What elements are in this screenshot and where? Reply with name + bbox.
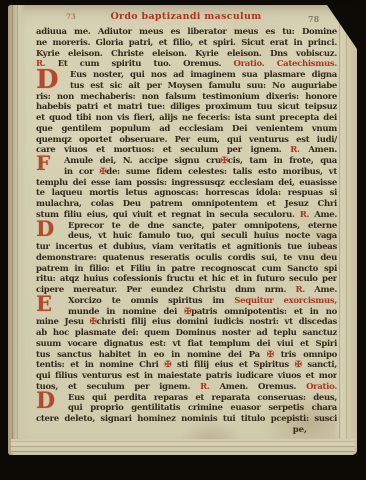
text-segment: ritu: atqz huius cofessionis fructu et h… xyxy=(36,274,337,284)
text-line: et quod tibi non vis fieri, alijs ne fec… xyxy=(36,113,337,124)
rubric-text-segment: R. xyxy=(295,285,304,295)
text-segment: Amen. xyxy=(300,145,337,155)
text-line: quemqz oportet obseruare. Per eum, qui v… xyxy=(36,135,337,146)
text-line: suum vocare dignatus est: vt fiat templu… xyxy=(36,339,337,350)
rubric-text-segment: Oratio. xyxy=(306,382,337,392)
rubric-text-segment: Sequitur exorcismus, xyxy=(234,296,337,306)
text-segment: et quod tibi non vis fieri, alijs ne fec… xyxy=(36,113,337,123)
drop-cap-initial: D xyxy=(36,67,59,93)
text-line: Eus noster, qui nos ad imaginem sua plas… xyxy=(36,70,337,81)
text-line: mulachra, colas Deu patrem omnipotentem … xyxy=(36,199,337,210)
folio-number: 78 xyxy=(308,14,319,24)
text-line: Eus qui perdita reparas et reparata cons… xyxy=(36,393,337,404)
text-line: adiuua me. Adiutor meus es liberator meu… xyxy=(36,27,337,38)
text-segment: tur incertus et dubius, viam veritatis e… xyxy=(36,242,337,252)
text-block: pe, adiuua me. Adiutor meus es liberator… xyxy=(36,27,337,441)
text-line: habebis patri et matri tue: diliges prox… xyxy=(36,102,337,113)
rubric-text-segment: ✠ xyxy=(221,156,228,166)
text-segment: cipere mereatur. Per eundez Christu dnm … xyxy=(36,285,295,295)
text-line: ab hoc plasmate dei: quem Dominus noster… xyxy=(36,328,337,339)
text-segment: stum filiu eius, qui viuit et regnat in … xyxy=(36,210,300,220)
text-line: tur incertus et dubius, viam veritatis e… xyxy=(36,242,337,253)
rubric-text-segment: Oratio. Catechismus. xyxy=(234,59,338,69)
text-segment: ctere deleto, signari hominez nominis tu… xyxy=(36,414,337,424)
text-line: templu dei esse iam possis: ingressusqz … xyxy=(36,178,337,189)
text-segment: quemqz oportet obseruare. Per eum, qui v… xyxy=(36,135,337,145)
text-segment: christi filij eius domini iudicis nostri… xyxy=(96,317,337,327)
text-segment: sancti, xyxy=(302,360,337,370)
text-line: ne moreris. Gloria patri, et filio, et s… xyxy=(36,38,337,49)
text-segment: demonstrare: quatenus reseratis oculis c… xyxy=(36,253,337,263)
text-line: demonstrare: quatenus reseratis oculis c… xyxy=(36,253,337,264)
text-line: patrem in filio: et Filiu in patre recog… xyxy=(36,264,337,275)
text-line: R. Et cum spiritu tuo. Oremus. Oratio. C… xyxy=(36,59,337,70)
text-line: munde in nomine dei ✠patris omnipotentis… xyxy=(36,307,337,318)
rubric-text-segment: R. xyxy=(300,210,309,220)
text-line: ctere deleto, signari hominez nominis tu… xyxy=(36,414,337,425)
text-segment: Ame. xyxy=(305,285,337,295)
text-segment: Eus qui perdita reparas et reparata cons… xyxy=(68,393,337,403)
text-segment: in cor xyxy=(64,167,99,177)
text-segment: Ame. xyxy=(309,210,337,220)
text-line: que gentilem populum ad ecclesiam Dei ve… xyxy=(36,124,337,135)
text-segment: mine Jesu xyxy=(36,317,90,327)
catchword: pe, xyxy=(293,425,307,435)
drop-cap-initial: D xyxy=(36,390,55,412)
text-segment: tus est sic ait per Moysen famulu suu: N… xyxy=(70,81,337,91)
rubric-text-segment: R. xyxy=(200,382,209,392)
text-segment: care viuos et mortuos: et seculum per ig… xyxy=(36,145,290,155)
text-segment: que gentilem populum ad ecclesiam Dei ve… xyxy=(36,124,337,134)
text-segment: habebis patri et matri tue: diliges prox… xyxy=(36,102,337,112)
text-line: Eprecor te de dne sancte, pater omnipote… xyxy=(36,221,337,232)
text-line: Xorcizo te omnis spiritus im Sequitur ex… xyxy=(36,296,337,307)
text-segment: munde in nomine dei xyxy=(68,307,184,317)
text-segment: Kyrie eleison. Christe eleison. Kyrie el… xyxy=(36,49,337,59)
text-line: qui filius venturus est in maiestate pat… xyxy=(36,371,337,382)
text-segment: tuos, et seculum per ignem. xyxy=(36,382,200,392)
text-segment: qui filius venturus est in maiestate pat… xyxy=(36,371,337,381)
text-line: ris: non mechaberis: non falsum testimon… xyxy=(36,92,337,103)
running-head-title: Ordo baptizandi masculum xyxy=(36,11,336,22)
text-segment: Eprecor te de dne sancte, pater omnipote… xyxy=(68,221,337,231)
text-segment: tus sanctus habitet in eo in nomine dei … xyxy=(36,350,267,360)
text-line: Amule dei, N. accipe signu cru✠cis, tam … xyxy=(36,156,337,167)
text-segment: adiuua me. Adiutor meus es liberator meu… xyxy=(36,27,337,37)
text-segment: suum vocare dignatus est: vt fiat templu… xyxy=(36,339,337,349)
rubric-text-segment: R. xyxy=(290,145,299,155)
book-page: 73 Ordo baptizandi masculum 78 pe, adiuu… xyxy=(8,5,357,455)
text-line: stum filiu eius, qui viuit et regnat in … xyxy=(36,210,337,221)
text-line: qui proprio gentilitatis crimine euasor … xyxy=(36,403,337,414)
text-segment: tentis: et in nomine Chri xyxy=(36,360,164,370)
text-segment: sti filij eius et Spiritus xyxy=(171,360,294,370)
text-segment: Amule dei, N. accipe signu cru xyxy=(64,156,221,166)
text-line: tentis: et in nomine Chri ✠ sti filij ei… xyxy=(36,360,337,371)
text-segment: patris omnipotentis: et in no xyxy=(191,307,337,317)
text-line: te laqueu mortis letus agnoscas: horresc… xyxy=(36,188,337,199)
text-line: tuos, et seculum per ignem. R. Amen. Ore… xyxy=(36,382,337,393)
text-segment: Xorcizo te omnis spiritus im xyxy=(68,296,234,306)
text-segment: de: sume fidem celestes: talis esto mori… xyxy=(106,167,337,177)
text-line: tus sanctus habitet in eo in nomine dei … xyxy=(36,350,337,361)
gutter-shadow xyxy=(8,5,26,455)
text-segment: deus, vt huic famulo tuo, qui seculi hui… xyxy=(68,231,337,241)
text-segment: qui proprio gentilitatis crimine euasor … xyxy=(68,403,337,413)
text-segment: patrem in filio: et Filiu in patre recog… xyxy=(36,264,337,274)
text-line: cipere mereatur. Per eundez Christu dnm … xyxy=(36,285,337,296)
text-line: ritu: atqz huius cofessionis fructu et h… xyxy=(36,274,337,285)
text-segment: Et cum spiritu tuo. Oremus. xyxy=(58,59,234,69)
text-segment: ne moreris. Gloria patri, et filio, et s… xyxy=(36,38,337,48)
text-segment: Eus noster, qui nos ad imaginem sua plas… xyxy=(70,70,337,80)
drop-cap-initial: F xyxy=(36,153,50,173)
rubric-text-segment: ✠ xyxy=(295,360,302,370)
text-segment: mulachra, colas Deu patrem omnipotentem … xyxy=(36,199,337,209)
underlying-page-edges xyxy=(11,439,355,455)
text-segment: Amen. Oremus. xyxy=(210,382,307,392)
drop-cap-initial: E xyxy=(36,293,52,314)
text-line: care viuos et mortuos: et seculum per ig… xyxy=(36,145,337,156)
text-line: deus, vt huic famulo tuo, qui seculi hui… xyxy=(36,231,337,242)
scanned-book-photo: 73 Ordo baptizandi masculum 78 pe, adiuu… xyxy=(0,0,366,480)
rubric-text-segment: ✠ xyxy=(267,350,274,360)
text-line: Kyrie eleison. Christe eleison. Kyrie el… xyxy=(36,49,337,60)
text-line: mine Jesu ✠christi filij eius domini iud… xyxy=(36,317,337,328)
text-line: in cor ✠de: sume fidem celestes: talis e… xyxy=(36,167,337,178)
text-segment: te laqueu mortis letus agnoscas: horresc… xyxy=(36,188,337,198)
text-segment: cis, tam in frote, qua xyxy=(228,156,337,166)
text-segment: ab hoc plasmate dei: quem Dominus noster… xyxy=(36,328,337,338)
drop-cap-initial: D xyxy=(36,218,54,239)
text-segment: tris omnipo xyxy=(274,350,337,360)
text-segment: ris: non mechaberis: non falsum testimon… xyxy=(36,92,337,102)
text-line: tus est sic ait per Moysen famulu suu: N… xyxy=(36,81,337,92)
text-segment: templu dei esse iam possis: ingressusqz … xyxy=(36,178,337,188)
